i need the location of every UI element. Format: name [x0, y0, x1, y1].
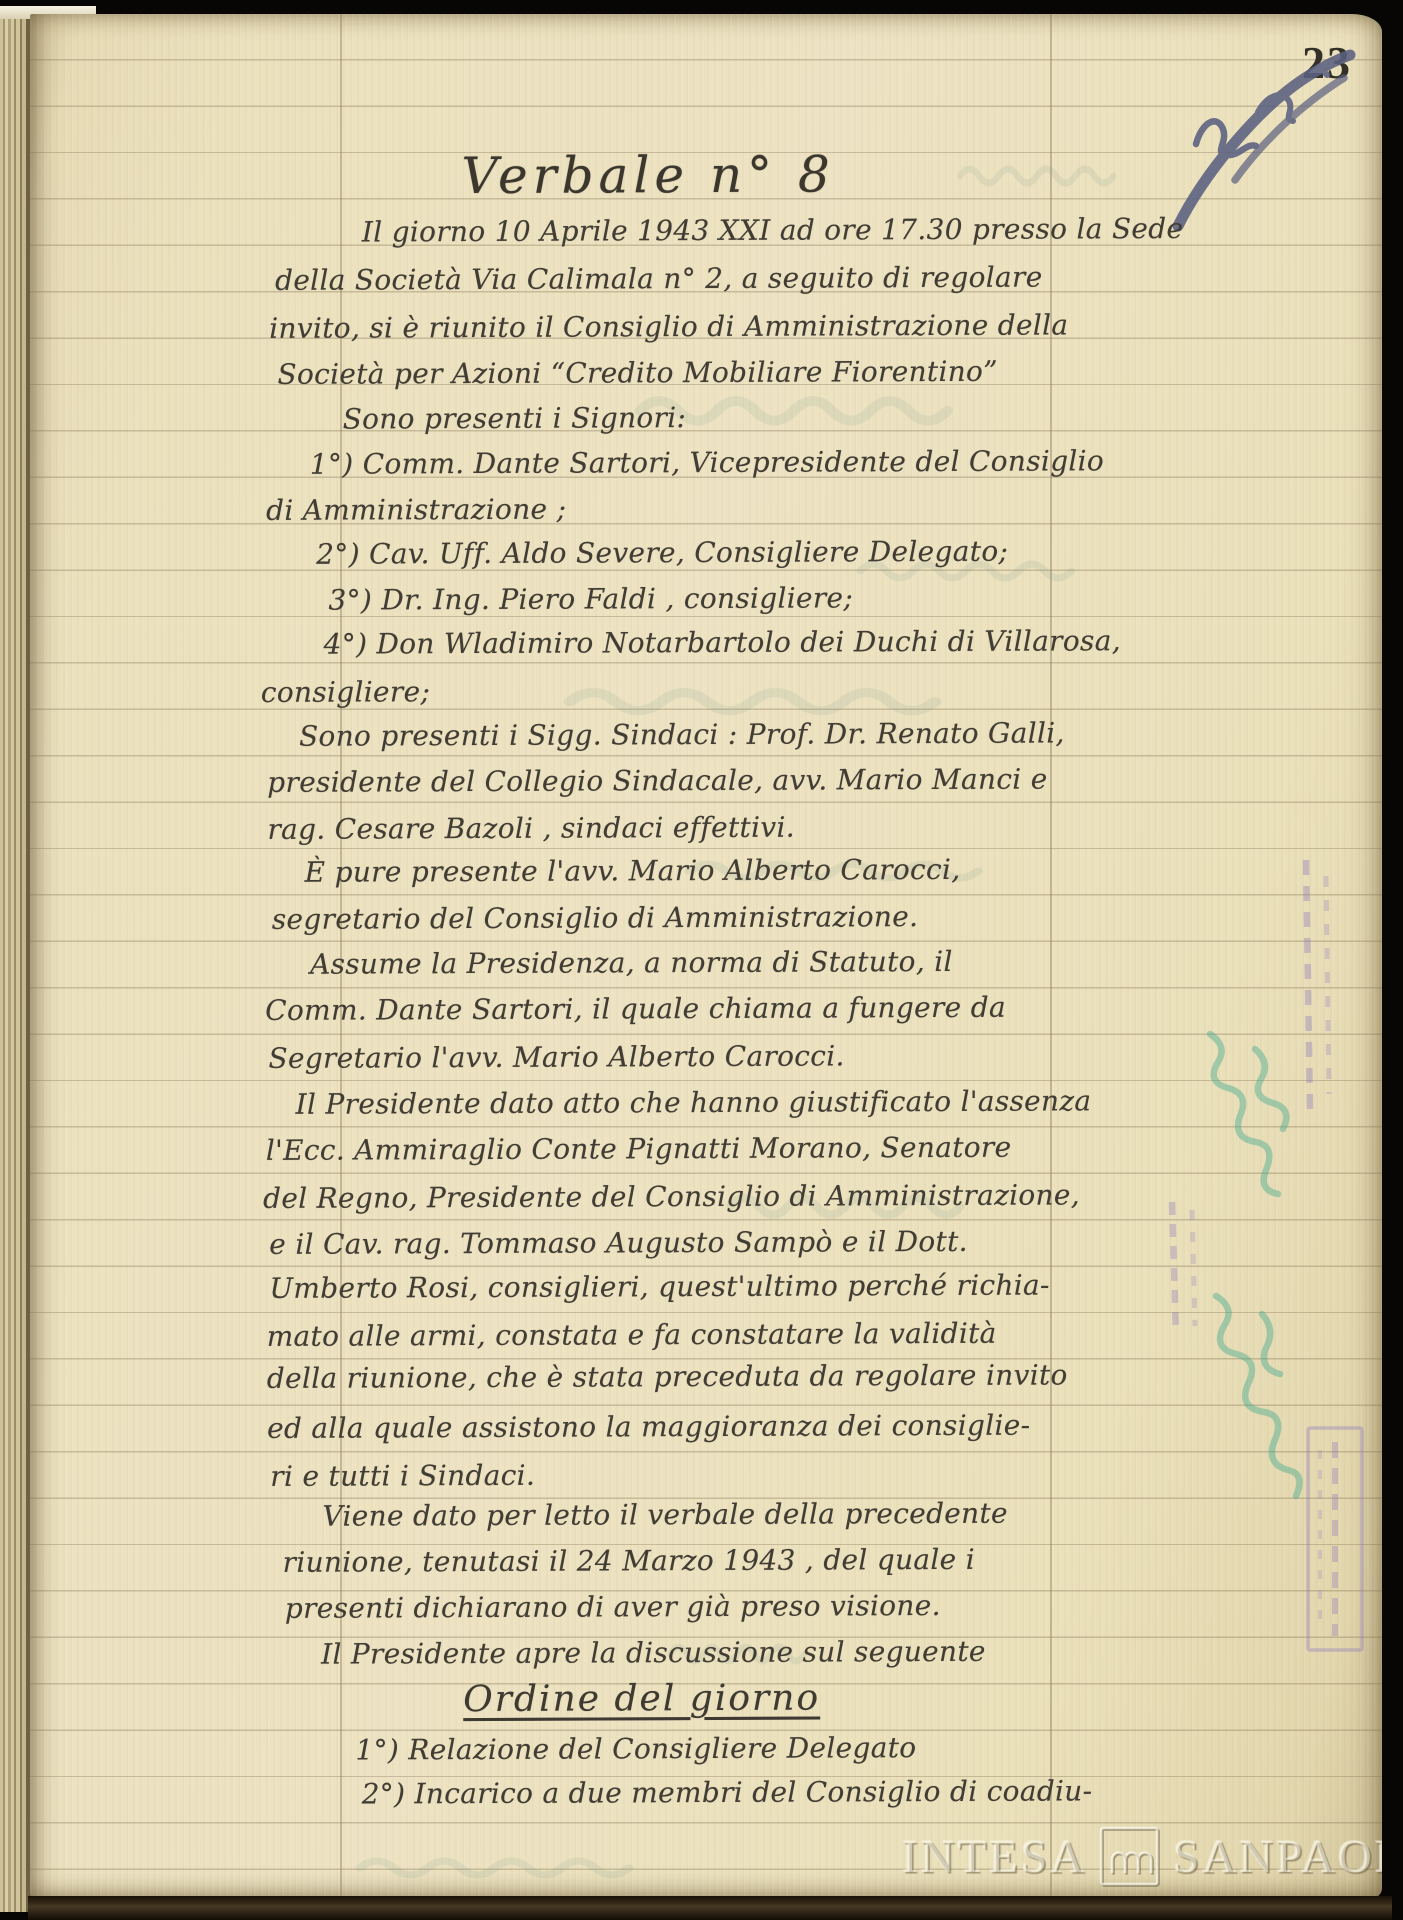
scanned-ledger-photo: { "document": { "page_number": "23", "li… [0, 0, 1403, 1920]
book-page-edges [0, 8, 30, 1912]
handwritten-line: Sono presenti i Signori: [343, 401, 687, 436]
handwritten-line: È pure presente l'avv. Mario Alberto Car… [305, 853, 961, 890]
watermark-sanpaolo: SANPAOLO [1173, 1830, 1382, 1884]
intesa-sanpaolo-logo [1099, 1826, 1161, 1888]
handwritten-line: invito, si è riunito il Consiglio di Amm… [269, 308, 1068, 345]
handwritten-line: Segretario l'avv. Mario Alberto Carocci. [268, 1039, 844, 1076]
handwritten-line: 2°) Incarico a due membri del Consiglio … [362, 1774, 1093, 1811]
handwritten-line: ri e tutti i Sindaci. [270, 1459, 535, 1494]
handwritten-line: presidente del Collegio Sindacale, avv. … [267, 763, 1048, 800]
handwritten-line: Umberto Rosi, consiglieri, quest'ultimo … [269, 1269, 1049, 1306]
ledger-page: 23 Verbale n° 8Il giorno 10 Aprile 1943 … [30, 14, 1382, 1898]
handwritten-line: consigliere; [261, 675, 430, 710]
document-title: Verbale n° 8 [461, 145, 834, 205]
handwritten-line: Società per Azioni “Credito Mobiliare Fi… [277, 355, 997, 392]
handwritten-line: segretario del Consiglio di Amministrazi… [272, 900, 919, 937]
handwritten-line: Viene dato per letto il verbale della pr… [322, 1497, 1008, 1534]
handwritten-line: Il giorno 10 Aprile 1943 XXI ad ore 17.3… [362, 212, 1184, 250]
handwritten-line: rag. Cesare Bazoli , sindaci effettivi. [267, 811, 795, 847]
handwritten-line: e il Cav. rag. Tommaso Augusto Sampò e i… [269, 1225, 968, 1262]
watermark-intesa: INTESA [902, 1830, 1087, 1884]
handwritten-line: della riunione, che è stata preceduta da… [267, 1358, 1068, 1395]
handwritten-line: ed alla quale assistono la maggioranza d… [267, 1409, 1030, 1446]
handwritten-text: Verbale n° 8Il giorno 10 Aprile 1943 XXI… [30, 14, 1382, 1898]
handwritten-line: Il Presidente apre la discussione sul se… [321, 1635, 986, 1672]
handwritten-line: 1°) Comm. Dante Sartori, Vicepresidente … [310, 444, 1104, 481]
archive-watermark: INTESA SANPAOLO [902, 1822, 1382, 1892]
handwritten-line: mato alle armi, constata e fa constatare… [267, 1317, 997, 1354]
handwritten-line: 3°) Dr. Ing. Piero Faldi , consigliere; [328, 581, 853, 617]
handwritten-line: 4°) Don Wladimiro Notarbartolo dei Duchi… [324, 624, 1121, 661]
handwritten-line: del Regno, Presidente del Consiglio di A… [263, 1178, 1080, 1216]
handwritten-line: della Società Via Calimala n° 2, a segui… [275, 261, 1043, 298]
handwritten-line: Assume la Presidenza, a norma di Statuto… [310, 945, 953, 982]
handwritten-line: 1°) Relazione del Consigliere Delegato [355, 1731, 916, 1767]
handwritten-line: di Amministrazione ; [266, 493, 566, 528]
handwritten-line: presenti dichiarano di aver già preso vi… [285, 1589, 941, 1626]
book-bottom-edge [28, 1896, 1392, 1920]
handwritten-line: Comm. Dante Sartori, il quale chiama a f… [265, 991, 1006, 1028]
handwritten-line: Il Presidente dato atto che hanno giusti… [296, 1084, 1092, 1121]
handwritten-line: Sono presenti i Sigg. Sindaci : Prof. Dr… [299, 716, 1065, 753]
agenda-heading: Ordine del giorno [463, 1678, 820, 1722]
handwritten-line: l'Ecc. Ammiraglio Conte Pignatti Morano,… [266, 1131, 1012, 1168]
handwritten-line: riunione, tenutasi il 24 Marzo 1943 , de… [283, 1543, 975, 1580]
handwritten-line: 2°) Cav. Uff. Aldo Severe, Consigliere D… [316, 535, 1008, 572]
